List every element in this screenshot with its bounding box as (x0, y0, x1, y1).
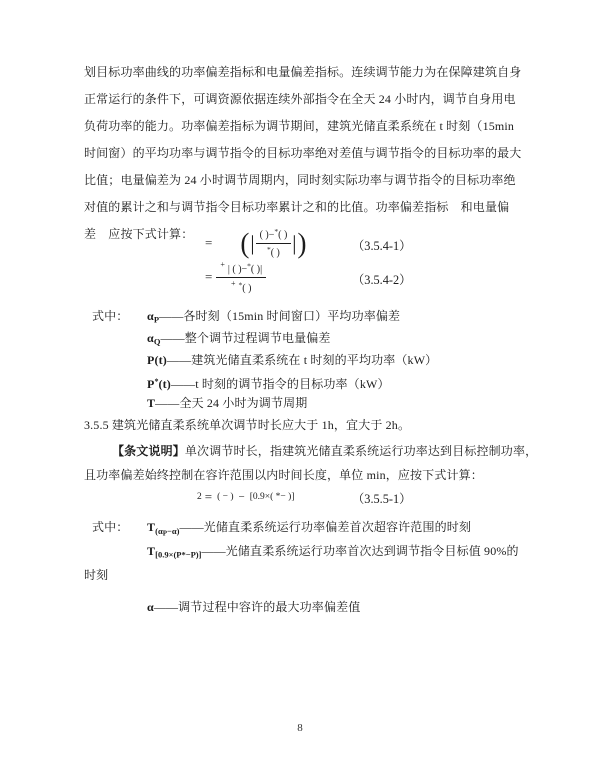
symbol: αQ (147, 331, 160, 345)
note-line-1: 【条文说明】单次调节时长，指建筑光储直柔系统运行功率达到目标控制功率， (112, 443, 537, 459)
symbol-sub: (αP−α) (155, 526, 179, 536)
close-paren: ) (298, 229, 307, 257)
paragraph-line: 对值的累计之和与调节指令目标功率累计之和的比值。功率偏差指标 和电量偏 (84, 194, 521, 221)
paragraph-line: 比值；电量偏差为 24 小时调节周期内，同时刻实际功率与调节指令的目标功率绝 (84, 167, 521, 194)
paragraph-continuation: 划目标功率曲线的功率偏差指标和电量偏差指标。连续调节能力为在保障建筑自身 正常运… (84, 59, 521, 248)
denominator-text: ( ) (242, 283, 251, 294)
denominator: *( ) (267, 244, 280, 260)
sum-superscript: + (220, 260, 225, 269)
paragraph-line: 正常运行的条件下，可调资源依据连续外部指令在全天 24 小时内，调节自身用电 (84, 86, 521, 113)
definition-text: ——调节过程中容许的最大功率偏差值 (154, 600, 361, 614)
open-paren: ( (240, 229, 249, 257)
definition-body: T[0.9×(P*−P)]——光储直柔系统运行功率首次达到调节指令目标值 90%… (147, 539, 519, 567)
definition-text: ——全天 24 小时为调节周期 (155, 396, 307, 410)
continuation-text: 时刻 (84, 568, 108, 582)
paragraph-line: 时间窗）的平均功率与调节指令的目标功率绝对差值与调节指令的目标功率的最大 (84, 140, 521, 167)
formula-3-5-5-1: 2 = ( − ) − [0.9×( *− )] （3.5.5-1） (0, 488, 600, 506)
fraction: ( )−*( )*( ) (256, 227, 292, 259)
formula-body: = (|( )−*( )*( )|) (205, 228, 307, 258)
formula-3-5-4-1: = (|( )−*( )*( )|) （3.5.4-1） (0, 228, 600, 258)
symbol-sub: [0.9×(P*−P)] (155, 550, 201, 560)
formula-body: 2 = ( − ) − [0.9×( *− )] (197, 488, 300, 506)
equation-number: （3.5.4-1） (352, 236, 411, 254)
definition-t-09-continuation: 时刻 (84, 563, 108, 587)
page-number: 8 (0, 722, 600, 734)
symbol: P(t) (147, 353, 167, 367)
definition-text: ——各时刻（15min 时间窗口）平均功率偏差 (159, 309, 400, 323)
numerator-text: | ( )− (228, 264, 247, 275)
definition-text: ——t 时刻的调节指令的目标功率（kW） (171, 377, 390, 391)
clause-3-5-5: 3.5.5 建筑光储直柔系统单次调节时长应大于 1h，宜大于 2h。 (84, 417, 410, 433)
equals-sign: = (205, 269, 212, 285)
formula-3-5-4-2: = +| ( )−*( )|+*( ) （3.5.4-2） (0, 259, 600, 295)
lead-subscript: 2 (197, 492, 202, 502)
minus-sign: − (239, 491, 245, 503)
symbol-main: T (147, 544, 155, 558)
note-tag: 【条文说明】 (112, 444, 185, 458)
definition-t-alpha: 式中： T(αP−α)——光储直柔系统运行功率偏差首次超容许范围的时刻 (84, 515, 108, 539)
definitions-prefix: 式中： (92, 515, 128, 539)
symbol: T(αP−α) (147, 520, 179, 534)
symbol-main: α (147, 309, 154, 323)
equals-sign: = (205, 489, 212, 505)
numerator: +| ( )−*( )| (216, 260, 266, 278)
sub-part: (α (155, 526, 163, 536)
numerator: ( )−*( ) (256, 227, 292, 244)
definitions-355: 式中： T(αP−α)——光储直柔系统运行功率偏差首次超容许范围的时刻 T[0.… (84, 515, 108, 619)
sum-superscript: + (231, 279, 236, 288)
symbol: αP (147, 309, 159, 323)
definition-text: ——光储直柔系统运行功率首次达到调节指令目标值 90%的 (201, 544, 518, 558)
denominator-text: ( ) (271, 247, 280, 258)
numerator-tail: ( ) (278, 230, 287, 241)
equals-sign: = (205, 235, 212, 251)
definitions-prefix: 式中： (92, 306, 128, 328)
subscript-group-b: [0.9×( *− )] (250, 492, 295, 502)
definition-text: ——建筑光储直柔系统在 t 时刻的平均功率（kW） (167, 353, 437, 367)
fraction: +| ( )−*( )|+*( ) (216, 260, 266, 295)
sub-part: −α) (167, 526, 179, 536)
symbol-tail: (t) (158, 377, 170, 391)
document-page: 划目标功率曲线的功率偏差指标和电量偏差指标。连续调节能力为在保障建筑自身 正常运… (0, 0, 600, 776)
definition-alpha: α——调节过程中容许的最大功率偏差值 (84, 595, 108, 619)
definition-body: P(t)——建筑光储直柔系统在 t 时刻的平均功率（kW） (147, 350, 437, 372)
paragraph-line: 负荷功率的能力。功率偏差指标为调节期间，建筑光储直柔系统在 t 时刻（15min (84, 113, 521, 140)
definition-text: ——光储直柔系统运行功率偏差首次超容许范围的时刻 (179, 520, 471, 534)
symbol-main: α (147, 331, 154, 345)
symbol: T[0.9×(P*−P)] (147, 544, 201, 558)
symbol: P*(t) (147, 377, 171, 391)
definition-t-09: T[0.9×(P*−P)]——光储直柔系统运行功率首次达到调节指令目标值 90%… (84, 539, 108, 563)
equation-number: （3.5.4-2） (352, 270, 411, 288)
definition-body: T——全天 24 小时为调节周期 (147, 393, 307, 415)
symbol: α (147, 600, 154, 614)
formula-body: = +| ( )−*( )|+*( ) (205, 259, 266, 295)
subscript-group-a: ( − ) (217, 492, 233, 502)
equation-number: （3.5.5-1） (352, 489, 411, 507)
note-line-2: 且功率偏差始终控制在容许范围以内时间长度，单位 min，应按下式计算： (84, 467, 483, 483)
denominator: +*( ) (231, 278, 251, 295)
symbol-main: T (147, 520, 155, 534)
paragraph-line: 划目标功率曲线的功率偏差指标和电量偏差指标。连续调节能力为在保障建筑自身 (84, 59, 521, 86)
numerator-tail: ( )| (251, 264, 262, 275)
definition-body: α——调节过程中容许的最大功率偏差值 (147, 595, 360, 619)
numerator-text: ( )− (260, 230, 275, 241)
definition-text: ——整个调节过程调节电量偏差 (160, 331, 330, 345)
symbol: T (147, 396, 155, 410)
note-text: 单次调节时长，指建筑光储直柔系统运行功率达到目标控制功率， (185, 444, 537, 458)
